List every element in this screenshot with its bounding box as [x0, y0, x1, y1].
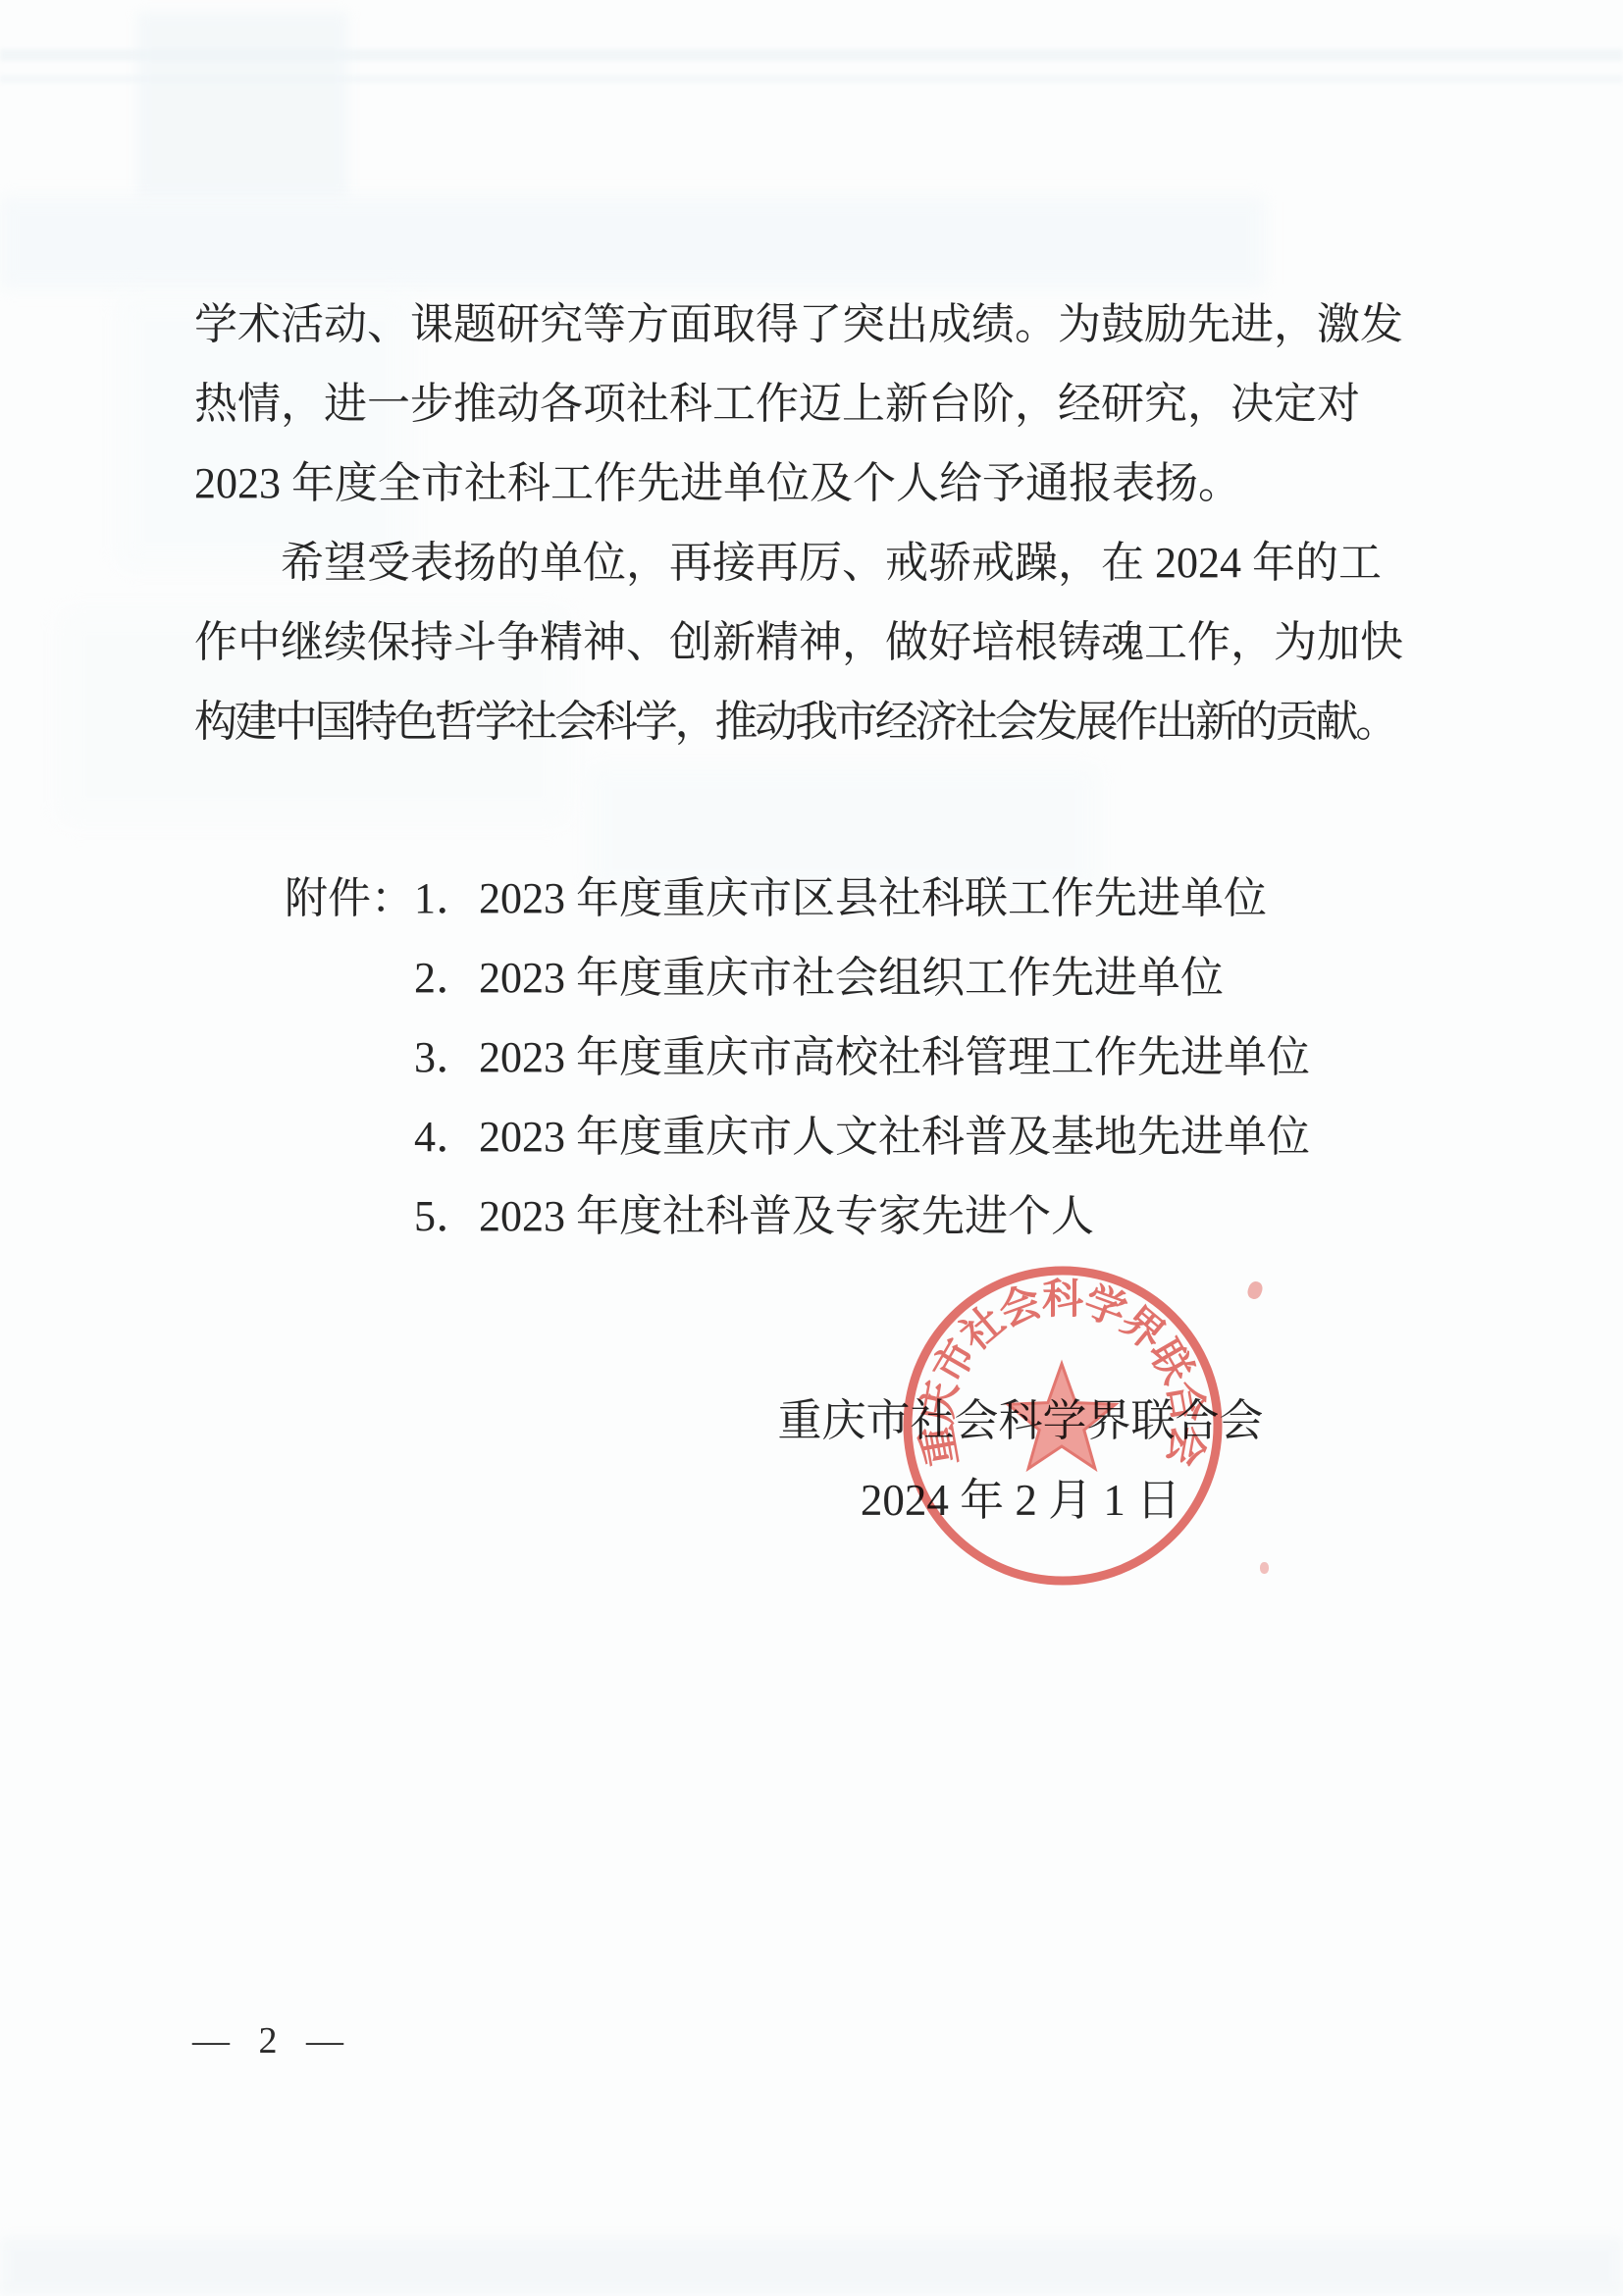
- scan-artifact: [0, 2237, 1623, 2296]
- attachment-item: 3．2023 年度重庆市高校社科管理工作先进单位: [414, 1018, 1310, 1097]
- red-ink-speck: [1245, 1279, 1264, 1301]
- signature-block: 重庆市社会科学界联合会 2024 年 2 月 1 日: [628, 1382, 1413, 1540]
- text-line: 2023 年度全市社科工作先进单位及个人给予通报表扬。: [194, 444, 1415, 523]
- attachments-block: 附件： 1．2023 年度重庆市区县社科联工作先进单位 2．2023 年度重庆市…: [194, 859, 1415, 1256]
- text-line: 构建中国特色哲学社会科学，推动我市经济社会发展作出新的贡献。: [194, 682, 1415, 761]
- scan-artifact: [0, 49, 1623, 61]
- scan-artifact: [137, 12, 348, 198]
- attachment-item: 5．2023 年度社科普及专家先进个人: [414, 1176, 1310, 1256]
- red-ink-speck: [1260, 1562, 1269, 1574]
- signature-date: 2024 年 2 月 1 日: [628, 1461, 1413, 1540]
- attachments-list: 1．2023 年度重庆市区县社科联工作先进单位 2．2023 年度重庆市社会组织…: [414, 859, 1310, 1256]
- seal-character: 科: [1042, 1277, 1083, 1323]
- attachments-label: 附件：: [285, 859, 414, 938]
- signature-org: 重庆市社会科学界联合会: [628, 1382, 1413, 1461]
- seal-character: 社: [952, 1298, 1013, 1360]
- text-line: 热情，进一步推动各项社科工作迈上新台阶，经研究，决定对: [194, 364, 1415, 444]
- scan-artifact: [0, 196, 1266, 289]
- document-body: 学术活动、课题研究等方面取得了突出成绩。为鼓励先进，激发 热情，进一步推动各项社…: [194, 285, 1415, 1256]
- scan-artifact: [0, 75, 1623, 83]
- body-paragraph-2: 希望受表扬的单位，再接再厉、戒骄戒躁，在 2024 年的工 作中继续保持斗争精神…: [194, 523, 1415, 761]
- text-line: 作中继续保持斗争精神、创新精神，做好培根铸魂工作，为加快: [194, 602, 1415, 682]
- seal-character: 界: [1112, 1298, 1173, 1359]
- attachment-item: 1．2023 年度重庆市区县社科联工作先进单位: [414, 859, 1310, 938]
- text-line: 学术活动、课题研究等方面取得了突出成绩。为鼓励先进，激发: [194, 285, 1415, 364]
- attachment-item: 4．2023 年度重庆市人文社科普及基地先进单位: [414, 1097, 1310, 1176]
- seal-character: 会: [993, 1278, 1048, 1336]
- attachment-item: 2．2023 年度重庆市社会组织工作先进单位: [414, 938, 1310, 1018]
- text-line: 希望受表扬的单位，再接再厉、戒骄戒躁，在 2024 年的工: [194, 523, 1415, 602]
- page-number: — 2 —: [192, 2019, 345, 2062]
- body-paragraph-1: 学术活动、课题研究等方面取得了突出成绩。为鼓励先进，激发 热情，进一步推动各项社…: [194, 285, 1415, 523]
- seal-character: 学: [1077, 1278, 1132, 1336]
